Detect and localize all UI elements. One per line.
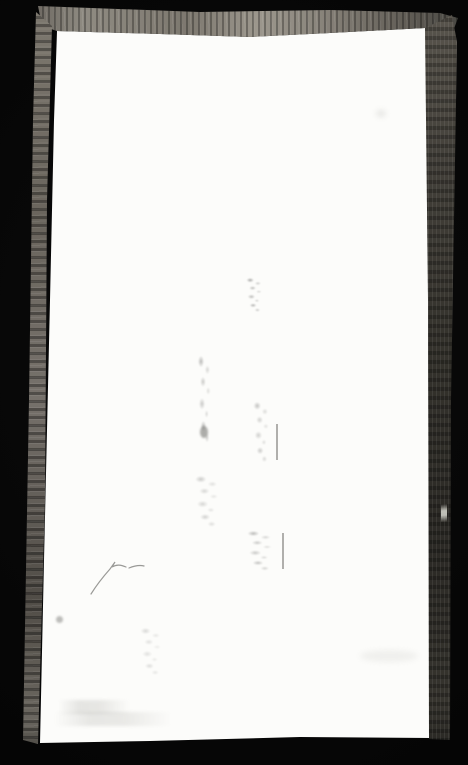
page-edge-shading — [0, 0, 468, 765]
book-page — [0, 0, 468, 765]
scanned-page-background — [0, 0, 468, 765]
